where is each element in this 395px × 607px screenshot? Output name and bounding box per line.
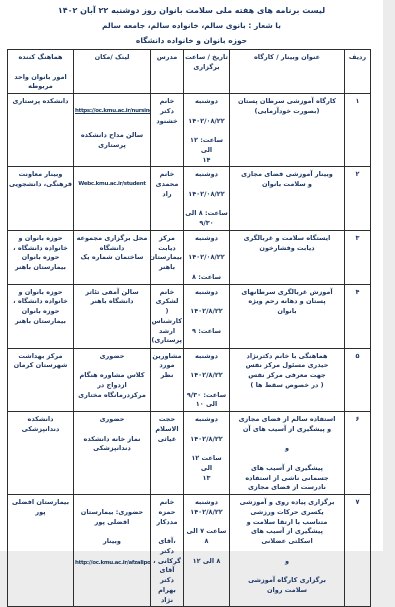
cell-link: سالن آمفی تئاتر دانشگاه باهنر: [74, 284, 151, 348]
table-row: ۶ استفاده سالم از فضای مجازی و پیشگیری ا…: [8, 412, 371, 495]
document-slogan: با شعار : بانوی سالم، خانواده سالم، جامع…: [0, 21, 383, 30]
cell-coordinator: حوزه بانوان و خانواده دانشگاه ، حوزه بان…: [8, 230, 74, 284]
cell-instructor: مرکز دیابت بیمارستان باهنر: [151, 230, 184, 284]
cell-link: حضوری نماز خانه دانشکده دندانپزشکی: [74, 412, 151, 495]
cell-datetime: دوشنبه ۱۴۰۲/۸/۲۲ ساعت: ۹: [184, 284, 230, 348]
table-row: ۵ هماهنگی با خانم دکترنژاد حیدری مسئول م…: [8, 348, 371, 412]
row-number: ۲: [345, 167, 371, 231]
cell-title: هماهنگی با خانم دکترنژاد حیدری مسئول مرک…: [230, 348, 345, 412]
document-header: لیست برنامه های هفته ملی سلامت بانوان رو…: [0, 0, 383, 45]
cell-link: حضوری: بیمارستان افضلی پور وبینار http:/…: [74, 495, 151, 552]
cell-instructor: حجت الاسلام غیاثی: [151, 412, 184, 495]
document-title: لیست برنامه های هفته ملی سلامت بانوان رو…: [0, 6, 383, 15]
cell-coordinator: دانشکده دندانپزشکی: [8, 412, 74, 495]
cell-title: برگزاری پیاده روی و آموزشی یکسری حرکات و…: [230, 495, 345, 552]
programs-table: ردیف عنوان وبینار / کارگاه تاریخ / ساعت …: [7, 49, 371, 551]
cell-title: ایستگاه سلامت و غربالگری دیابت وفشارخون: [230, 230, 345, 284]
table-row: ۳ ایستگاه سلامت و غربالگری دیابت وفشارخو…: [8, 230, 371, 284]
link-location: حضوری: بیمارستان افضلی پور وبینار: [75, 508, 149, 547]
table-row: ۱ کارگاه آموزشی سرطان پستان (بصورت خودآز…: [8, 94, 371, 167]
cell-coordinator: وبینار معاونت فرهنگی، دانشجویی: [8, 167, 74, 231]
cell-coordinator: دانشکده پرستاری: [8, 94, 74, 167]
cell-link: Webc.kmu.ac.ir/student: [74, 167, 151, 231]
row-number: ۶: [345, 412, 371, 495]
cell-instructor: خانم لشکری ( کارشناس ارشد پرستاری): [151, 284, 184, 348]
link-url[interactable]: https://oc.kmu.ac.ir/nursing?: [75, 107, 149, 115]
cell-title: آموزش غربالگری سرطانهای پستان و دهانه رح…: [230, 284, 345, 348]
table-row: ۴ آموزش غربالگری سرطانهای پستان و دهانه …: [8, 284, 371, 348]
row-number: ۷: [345, 495, 371, 552]
col-header-coordinator: هماهنگ کننده امور بانوان واحد مربوطه: [8, 50, 74, 94]
cell-datetime: دوشنبه ۱۴۰۲/۸/۲۲ ساعت: ۹/۳۰ الی ۱۰: [184, 348, 230, 412]
row-number: ۵: [345, 348, 371, 412]
table-row: ۲ وبینار آموزشی فضای مجازی و سلامت بانوا…: [8, 167, 371, 231]
cell-title: کارگاه آموزشی سرطان پستان (بصورت خودآزما…: [230, 94, 345, 167]
col-header-instructor: مدرس: [151, 50, 184, 94]
link-location: سالن مداح دانشکده پرستاری: [75, 131, 149, 151]
cell-datetime: دوشنبه ۱۴۰۲/۸/۲۲ ساعت ۷ الی ۸ ۸ الی ۱۲: [184, 495, 230, 552]
cell-instructor: خانم محمدی راد: [151, 167, 184, 231]
document-page: لیست برنامه های هفته ملی سلامت بانوان رو…: [0, 0, 383, 551]
cell-link: https://oc.kmu.ac.ir/nursing? سالن مداح …: [74, 94, 151, 167]
cell-coordinator: حوزه بانوان و خانواده دانشگاه ، حوزه بان…: [8, 284, 74, 348]
col-header-row-number: ردیف: [345, 50, 371, 94]
cell-datetime: دوشنبه ۱۴۰۲/۰۸/۲۲ ساعت: ۸ الی ۹/۳۰: [184, 167, 230, 231]
col-header-datetime: تاریخ / ساعت برگزاری: [184, 50, 230, 94]
cell-instructor: مشاورین مورد نظر: [151, 348, 184, 412]
cell-link: حضوری کلاس مشاوره هنگام ازدواج در مرکزدر…: [74, 348, 151, 412]
link-url[interactable]: Webc.kmu.ac.ir/student: [75, 180, 149, 188]
cell-instructor: خانم حمزه مددکار ،آقای دکتر گرکانی ، آقا…: [151, 495, 184, 552]
row-number: ۱: [345, 94, 371, 167]
cell-coordinator: بیمارستان افضلی پور: [8, 495, 74, 552]
cell-datetime: دوشنبه ۱۴۰۲/۰۸/۲۲ ساعت: ۱۲ الی ۱۴: [184, 94, 230, 167]
cell-datetime: دوشنبه ۱۴۰۲/۰۸/۲۲ ساعت: ۸: [184, 230, 230, 284]
table-header-row: ردیف عنوان وبینار / کارگاه تاریخ / ساعت …: [8, 50, 371, 94]
row-number: ۴: [345, 284, 371, 348]
col-header-title: عنوان وبینار / کارگاه: [230, 50, 345, 94]
cell-coordinator: مرکز بهداشت شهرستان کرمان: [8, 348, 74, 412]
document-subtitle: حوزه بانوان و خانواده دانشگاه: [0, 36, 383, 45]
cell-instructor: خانم دکتر خشنود: [151, 94, 184, 167]
cell-title: وبینار آموزشی فضای مجازی و سلامت بانوان: [230, 167, 345, 231]
cell-link: محل برگزاری مجموعه دانشگاه ساختمان شماره…: [74, 230, 151, 284]
row-number: ۳: [345, 230, 371, 284]
col-header-link: لینک /مکان: [74, 50, 151, 94]
table-row: ۷ برگزاری پیاده روی و آموزشی یکسری حرکات…: [8, 495, 371, 552]
cell-datetime: دوشنبه ۱۴۰۲/۸/۲۲ ساعت ۱۲ الی ۱۳: [184, 412, 230, 495]
cell-title: استفاده سالم از فضای مجازی و پیشگیری از …: [230, 412, 345, 495]
